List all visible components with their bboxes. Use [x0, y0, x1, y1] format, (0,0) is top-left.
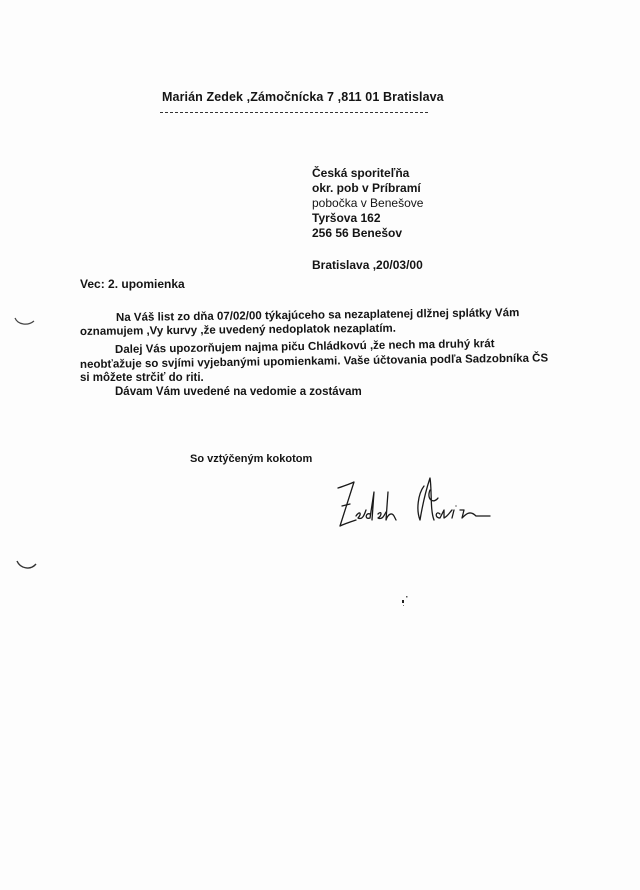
recipient-address-block: Česká sporiteľňa okr. pob v Príbramí pob…	[312, 166, 423, 241]
body-line: Na Váš list zo dňa 07/02/00 týkajúceho s…	[116, 307, 519, 324]
hole-punch-mark	[16, 560, 38, 572]
recipient-line: okr. pob v Príbramí	[312, 181, 423, 196]
body-line: si môžete strčiť do riti.	[80, 372, 204, 384]
body-line: oznamujem ,Vy kurvy ,že uvedený nedoplat…	[80, 323, 396, 338]
sender-address: Marián Zedek ,Zámočnícka 7 ,811 01 Brati…	[162, 90, 444, 104]
recipient-line: Česká sporiteľňa	[312, 166, 423, 181]
closing-phrase: So vztýčeným kokotom	[190, 453, 312, 465]
recipient-line: 256 56 Benešov	[312, 226, 423, 241]
sender-underline-divider	[160, 112, 428, 113]
recipient-line: pobočka v Benešove	[312, 196, 423, 211]
recipient-line: Tyršova 162	[312, 211, 423, 226]
hole-punch-mark	[14, 316, 36, 328]
scan-speck	[396, 592, 416, 610]
subject-line: Vec: 2. upomienka	[80, 277, 185, 291]
scanned-letter-page: Marián Zedek ,Zámočnícka 7 ,811 01 Brati…	[0, 0, 640, 890]
handwritten-signature	[330, 470, 500, 540]
body-line: Dávam Vám uvedené na vedomie a zostávam	[115, 386, 362, 398]
place-and-date: Bratislava ,20/03/00	[312, 258, 423, 272]
